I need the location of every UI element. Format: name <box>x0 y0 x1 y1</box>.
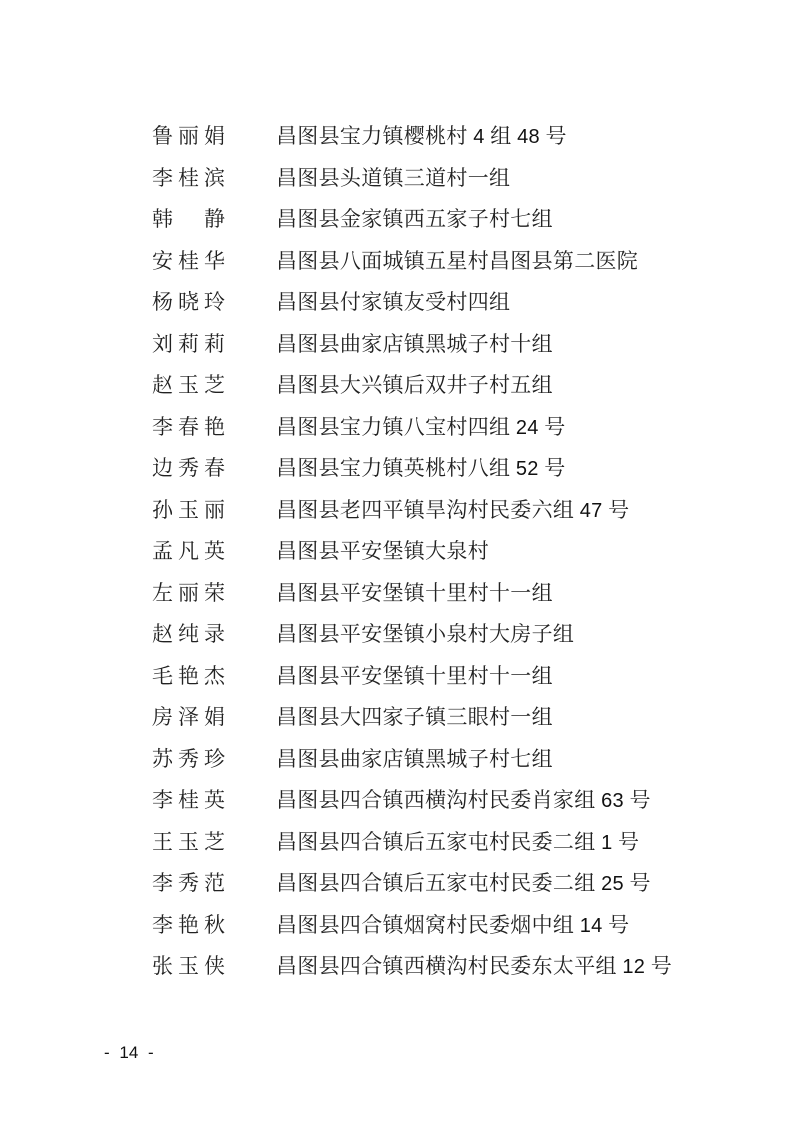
page-number: - 14 - <box>104 1044 154 1062</box>
entry-address: 昌图县宝力镇八宝村四组 24 号 <box>276 415 566 440</box>
entry-address: 昌图县曲家店镇黑城子村七组 <box>276 747 553 771</box>
entry-name: 房泽娟 <box>152 705 236 729</box>
entry-name: 安桂华 <box>152 249 236 273</box>
entry-address: 昌图县宝力镇英桃村八组 52 号 <box>276 456 566 481</box>
document-page: 鲁丽娟 昌图县宝力镇樱桃村 4 组 48 号 李桂滨 昌图县头道镇三道村一组 韩… <box>0 0 793 1122</box>
entry-address: 昌图县大兴镇后双井子村五组 <box>276 373 553 397</box>
entry-name: 毛艳杰 <box>152 664 236 688</box>
table-row: 王玉芝 昌图县四合镇后五家屯村民委二组 1 号 <box>0 830 793 872</box>
table-row: 左丽荣 昌图县平安堡镇十里村十一组 <box>0 581 793 623</box>
table-row: 李桂英 昌图县四合镇西横沟村民委肖家组 63 号 <box>0 788 793 830</box>
entry-name: 孙玉丽 <box>152 498 236 522</box>
entry-address: 昌图县四合镇后五家屯村民委二组 1 号 <box>276 830 639 855</box>
entry-name: 张玉侠 <box>152 954 236 978</box>
entry-address: 昌图县四合镇后五家屯村民委二组 25 号 <box>276 871 651 896</box>
entry-address: 昌图县金家镇西五家子村七组 <box>276 207 553 231</box>
entry-name: 李桂滨 <box>152 166 236 190</box>
entry-name: 赵玉芝 <box>152 373 236 397</box>
entry-name: 边秀春 <box>152 456 236 480</box>
table-row: 李桂滨 昌图县头道镇三道村一组 <box>0 166 793 208</box>
table-row: 韩 静 昌图县金家镇西五家子村七组 <box>0 207 793 249</box>
table-row: 李艳秋 昌图县四合镇烟窝村民委烟中组 14 号 <box>0 913 793 955</box>
table-row: 李秀范 昌图县四合镇后五家屯村民委二组 25 号 <box>0 871 793 913</box>
table-row: 孙玉丽 昌图县老四平镇旱沟村民委六组 47 号 <box>0 498 793 540</box>
entry-name: 杨晓玲 <box>152 290 236 314</box>
entry-name: 李艳秋 <box>152 913 236 937</box>
entry-address: 昌图县老四平镇旱沟村民委六组 47 号 <box>276 498 629 523</box>
entry-address: 昌图县头道镇三道村一组 <box>276 166 510 190</box>
table-row: 鲁丽娟 昌图县宝力镇樱桃村 4 组 48 号 <box>0 124 793 166</box>
entry-address: 昌图县平安堡镇小泉村大房子组 <box>276 622 574 646</box>
table-row: 边秀春 昌图县宝力镇英桃村八组 52 号 <box>0 456 793 498</box>
entry-address: 昌图县平安堡镇十里村十一组 <box>276 664 553 688</box>
entry-list: 鲁丽娟 昌图县宝力镇樱桃村 4 组 48 号 李桂滨 昌图县头道镇三道村一组 韩… <box>0 124 793 996</box>
table-row: 李春艳 昌图县宝力镇八宝村四组 24 号 <box>0 415 793 457</box>
entry-name: 刘莉莉 <box>152 332 236 356</box>
entry-name: 鲁丽娟 <box>152 124 236 148</box>
entry-address: 昌图县四合镇烟窝村民委烟中组 14 号 <box>276 913 629 938</box>
entry-name: 左丽荣 <box>152 581 236 605</box>
table-row: 张玉侠 昌图县四合镇西横沟村民委东太平组 12 号 <box>0 954 793 996</box>
entry-address: 昌图县四合镇西横沟村民委东太平组 12 号 <box>276 954 672 979</box>
entry-address: 昌图县大四家子镇三眼村一组 <box>276 705 553 729</box>
entry-address: 昌图县八面城镇五星村昌图县第二医院 <box>276 249 638 273</box>
table-row: 刘莉莉 昌图县曲家店镇黑城子村十组 <box>0 332 793 374</box>
entry-address: 昌图县四合镇西横沟村民委肖家组 63 号 <box>276 788 651 813</box>
entry-name: 韩 静 <box>152 207 236 231</box>
entry-name: 赵纯录 <box>152 622 236 646</box>
entry-name: 孟凡英 <box>152 539 236 563</box>
entry-address: 昌图县付家镇友受村四组 <box>276 290 510 314</box>
entry-name: 李桂英 <box>152 788 236 812</box>
table-row: 苏秀珍 昌图县曲家店镇黑城子村七组 <box>0 747 793 789</box>
entry-name: 李秀范 <box>152 871 236 895</box>
table-row: 毛艳杰 昌图县平安堡镇十里村十一组 <box>0 664 793 706</box>
entry-name: 苏秀珍 <box>152 747 236 771</box>
table-row: 赵玉芝 昌图县大兴镇后双井子村五组 <box>0 373 793 415</box>
entry-address: 昌图县曲家店镇黑城子村十组 <box>276 332 553 356</box>
table-row: 杨晓玲 昌图县付家镇友受村四组 <box>0 290 793 332</box>
entry-address: 昌图县平安堡镇大泉村 <box>276 539 489 563</box>
table-row: 赵纯录 昌图县平安堡镇小泉村大房子组 <box>0 622 793 664</box>
entry-address: 昌图县宝力镇樱桃村 4 组 48 号 <box>276 124 567 149</box>
table-row: 房泽娟 昌图县大四家子镇三眼村一组 <box>0 705 793 747</box>
table-row: 孟凡英 昌图县平安堡镇大泉村 <box>0 539 793 581</box>
entry-name: 李春艳 <box>152 415 236 439</box>
entry-name: 王玉芝 <box>152 830 236 854</box>
table-row: 安桂华 昌图县八面城镇五星村昌图县第二医院 <box>0 249 793 291</box>
entry-address: 昌图县平安堡镇十里村十一组 <box>276 581 553 605</box>
